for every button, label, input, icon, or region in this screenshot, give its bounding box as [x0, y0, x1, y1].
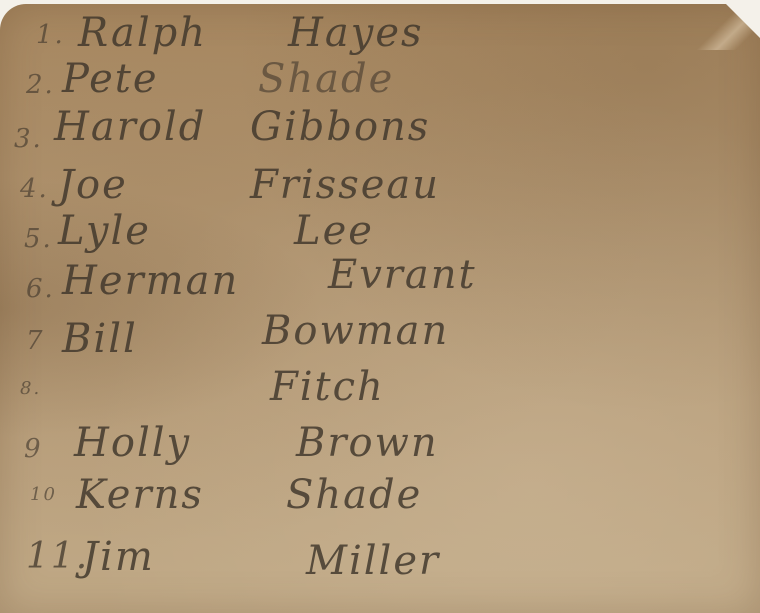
first-name: Lyle: [58, 208, 151, 254]
last-name: Bowman: [262, 308, 449, 354]
first-name: Holly: [74, 420, 191, 466]
entry-number: 3.: [14, 124, 43, 154]
first-name: Harold: [54, 104, 206, 150]
first-name: Bill: [62, 316, 138, 362]
last-name: Evrant: [328, 252, 477, 298]
first-name: Kerns: [76, 472, 204, 518]
first-name: Ralph: [78, 10, 207, 56]
entry-number: 9: [24, 434, 43, 464]
entry-number: 8.: [20, 378, 41, 399]
clipped-corner: [726, 4, 760, 38]
entry-number: 2.: [26, 70, 55, 100]
last-name: Frisseau: [250, 162, 440, 208]
entry-number: 6.: [26, 274, 55, 304]
last-name: Gibbons: [250, 104, 430, 150]
entry-number: 1.: [36, 20, 65, 50]
entry-number: 10: [30, 484, 57, 505]
last-name: Shade: [286, 472, 422, 518]
last-name: Brown: [296, 420, 439, 466]
entry-number: 11.: [26, 536, 89, 577]
first-name: Pete: [62, 56, 159, 102]
last-name: Fitch: [270, 364, 385, 410]
photo-card-back: 1. Ralph Hayes 2. Pete Shade 3. Harold G…: [0, 4, 760, 613]
first-name: Jim: [82, 534, 155, 580]
entry-number: 7: [26, 326, 45, 356]
first-name: Joe: [58, 162, 128, 208]
entry-number: 5.: [24, 224, 53, 254]
last-name: Hayes: [288, 10, 424, 56]
first-name: Herman: [62, 258, 239, 304]
last-name: Shade: [258, 56, 394, 102]
entry-number: 4.: [20, 174, 49, 204]
last-name: Lee: [294, 208, 374, 254]
last-name: Miller: [306, 538, 440, 584]
